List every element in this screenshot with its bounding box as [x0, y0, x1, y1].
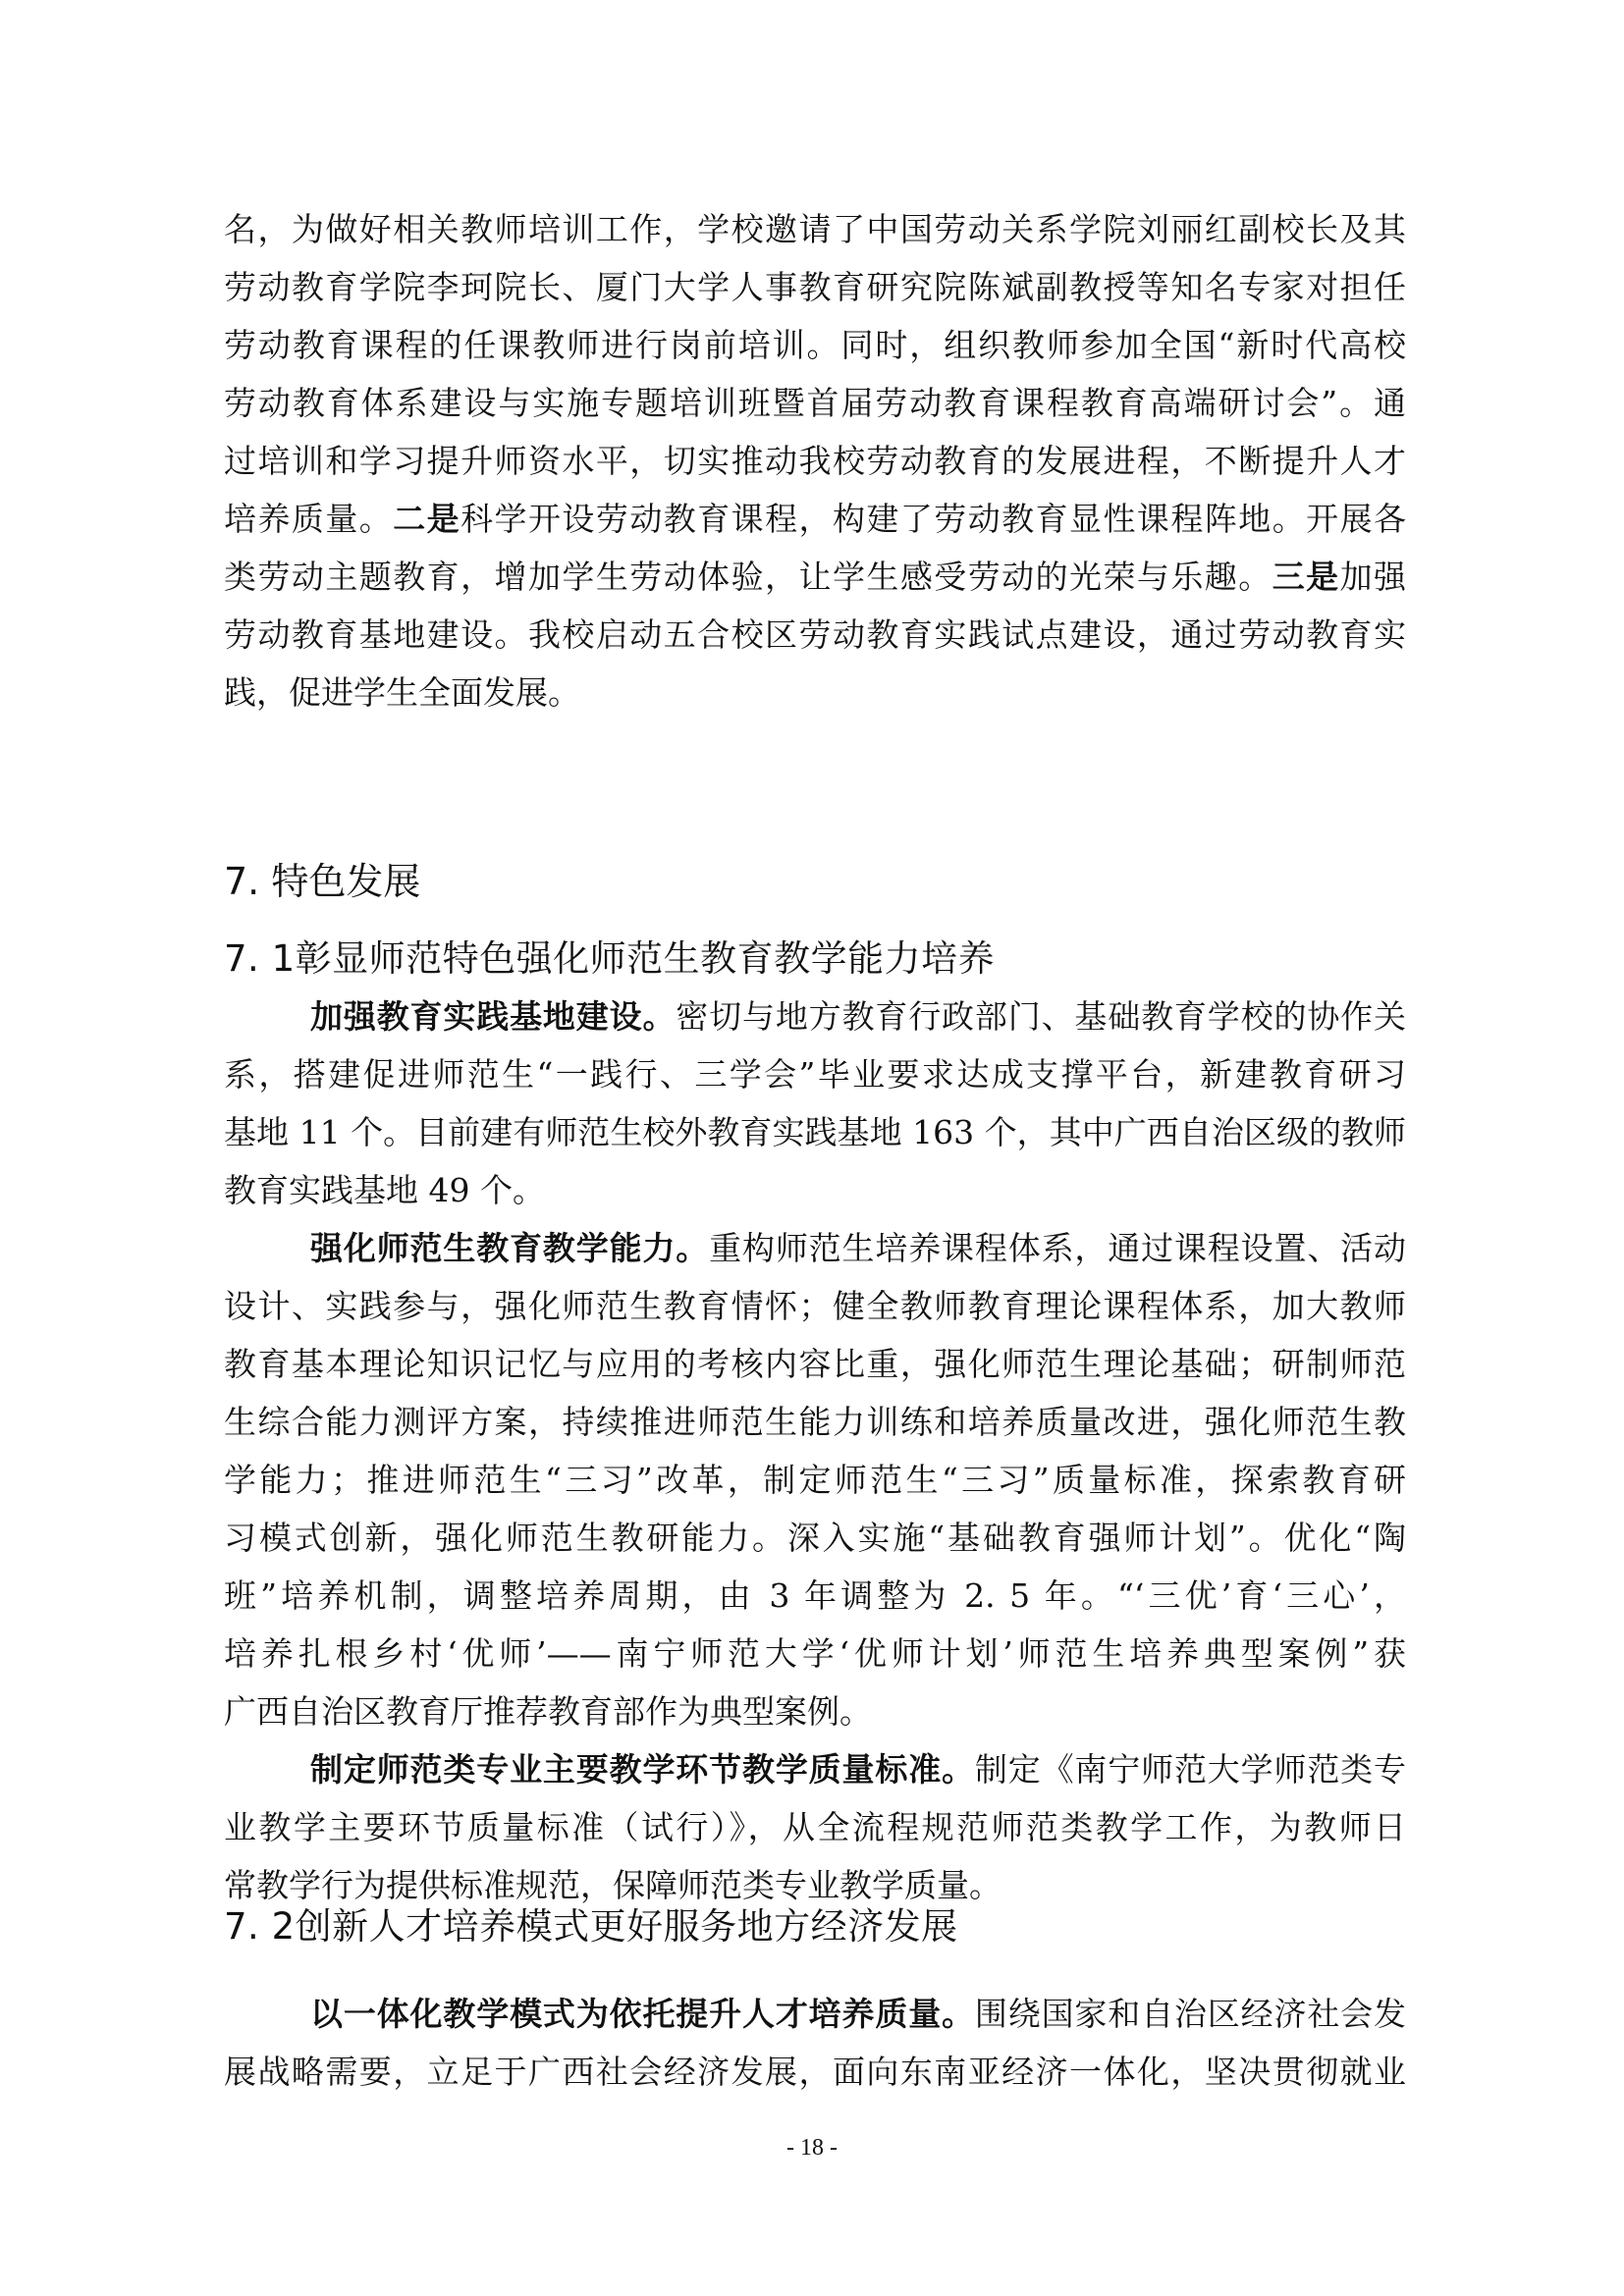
bold-lead: 制定师范类专业主要教学环节教学质量标准。 [310, 1750, 975, 1789]
text-line: 生综合能力测评方案，持续推进师范生能力训练和培养质量改进，强化师范生教 [224, 1393, 1406, 1451]
text-line: 名，为做好相关教师培训工作，学校邀请了中国劳动关系学院刘丽红副校长及其 [224, 200, 1406, 258]
text-line: 劳动教育体系建设与实施专题培训班暨首届劳动教育课程教育高端研讨会”。通 [224, 374, 1406, 432]
bold-lead: 以一体化教学模式为依托提升人才培养质量。 [310, 1995, 975, 2033]
section-7-2-body: 以一体化教学模式为依托提升人才培养质量。围绕国家和自治区经济社会发 展战略需要，… [224, 1985, 1406, 2101]
text-line: 班”培养机制，调整培养周期，由 3 年调整为 2. 5 年。“‘三优’育‘三心’… [224, 1567, 1406, 1625]
bold-lead: 加强教育实践基地建设。 [310, 997, 676, 1036]
text-line: 教育基本理论知识记忆与应用的考核内容比重，强化师范生理论基础；研制师范 [224, 1335, 1406, 1393]
text-line: 过培训和学习提升师资水平，切实推动我校劳动教育的发展进程，不断提升人才 [224, 432, 1406, 490]
subsection-heading: 7. 2创新人才培养模式更好服务地方经济发展 [224, 1896, 958, 1949]
text-line: 广西自治区教育厅推荐教育部作为典型案例。 [224, 1682, 1406, 1740]
intro-paragraph: 名，为做好相关教师培训工作，学校邀请了中国劳动关系学院刘丽红副校长及其 劳动教育… [224, 200, 1406, 721]
text-span: 培养质量。 [224, 500, 393, 538]
bold-lead: 三是 [1272, 558, 1340, 596]
text-line: 展战略需要，立足于广西社会经济发展，面向东南亚经济一体化，坚决贯彻就业 [224, 2043, 1406, 2101]
text-line: 系，搭建促进师范生“一践行、三学会”毕业要求达成支撑平台，新建教育研习 [224, 1045, 1406, 1103]
text-span: 围绕国家和自治区经济社会发 [975, 1995, 1406, 2033]
text-line: 劳动教育基地建设。我校启动五合校区劳动教育实践试点建设，通过劳动教育实 [224, 606, 1406, 664]
text-span: 类劳动主题教育，增加学生劳动体验，让学生感受劳动的光荣与乐趣。 [224, 558, 1272, 596]
text-line: 劳动教育课程的任课教师进行岗前培训。同时，组织教师参加全国“新时代高校 [224, 316, 1406, 374]
text-line: 以一体化教学模式为依托提升人才培养质量。围绕国家和自治区经济社会发 [224, 1985, 1406, 2043]
text-span: 制定《南宁师范大学师范类专 [975, 1750, 1406, 1789]
text-line: 基地 11 个。目前建有师范生校外教育实践基地 163 个，其中广西自治区级的教… [224, 1103, 1406, 1161]
section-heading: 7. 特色发展 [224, 851, 420, 905]
section-7-1-body: 加强教育实践基地建设。密切与地方教育行政部门、基础教育学校的协作关 系，搭建促进… [224, 988, 1406, 1914]
text-span: 重构师范生培养课程体系，通过课程设置、活动 [709, 1229, 1406, 1267]
subsection-heading: 7. 1彰显师范特色强化师范生教育教学能力培养 [224, 929, 995, 982]
text-line: 践，促进学生全面发展。 [224, 664, 1406, 721]
bold-lead: 强化师范生教育教学能力。 [310, 1229, 709, 1267]
text-line: 业教学主要环节质量标准（试行）》，从全流程规范师范类教学工作，为教师日 [224, 1798, 1406, 1856]
text-span: 加强 [1340, 558, 1406, 596]
document-page: 名，为做好相关教师培训工作，学校邀请了中国劳动关系学院刘丽红副校长及其 劳动教育… [0, 0, 1624, 2296]
text-line: 类劳动主题教育，增加学生劳动体验，让学生感受劳动的光荣与乐趣。三是加强 [224, 548, 1406, 606]
text-span: 密切与地方教育行政部门、基础教育学校的协作关 [676, 997, 1406, 1036]
bold-lead: 二是 [393, 500, 460, 538]
text-line: 教育实践基地 49 个。 [224, 1161, 1406, 1219]
text-line: 强化师范生教育教学能力。重构师范生培养课程体系，通过课程设置、活动 [224, 1219, 1406, 1277]
text-line: 培养质量。二是科学开设劳动教育课程，构建了劳动教育显性课程阵地。开展各 [224, 490, 1406, 548]
text-span: 科学开设劳动教育课程，构建了劳动教育显性课程阵地。开展各 [460, 500, 1406, 538]
text-line: 学能力；推进师范生“三习”改革，制定师范生“三习”质量标准，探索教育研 [224, 1451, 1406, 1509]
page-number: - 18 - [0, 2135, 1624, 2162]
text-line: 劳动教育学院李珂院长、厦门大学人事教育研究院陈斌副教授等知名专家对担任 [224, 258, 1406, 316]
text-line: 制定师范类专业主要教学环节教学质量标准。制定《南宁师范大学师范类专 [224, 1740, 1406, 1798]
text-line: 设计、实践参与，强化师范生教育情怀；健全教师教育理论课程体系，加大教师 [224, 1277, 1406, 1335]
text-line: 习模式创新，强化师范生教研能力。深入实施“基础教育强师计划”。优化“陶 [224, 1509, 1406, 1567]
text-line: 培养扎根乡村‘优师’——南宁师范大学‘优师计划’师范生培养典型案例”获 [224, 1625, 1406, 1682]
text-line: 加强教育实践基地建设。密切与地方教育行政部门、基础教育学校的协作关 [224, 988, 1406, 1045]
